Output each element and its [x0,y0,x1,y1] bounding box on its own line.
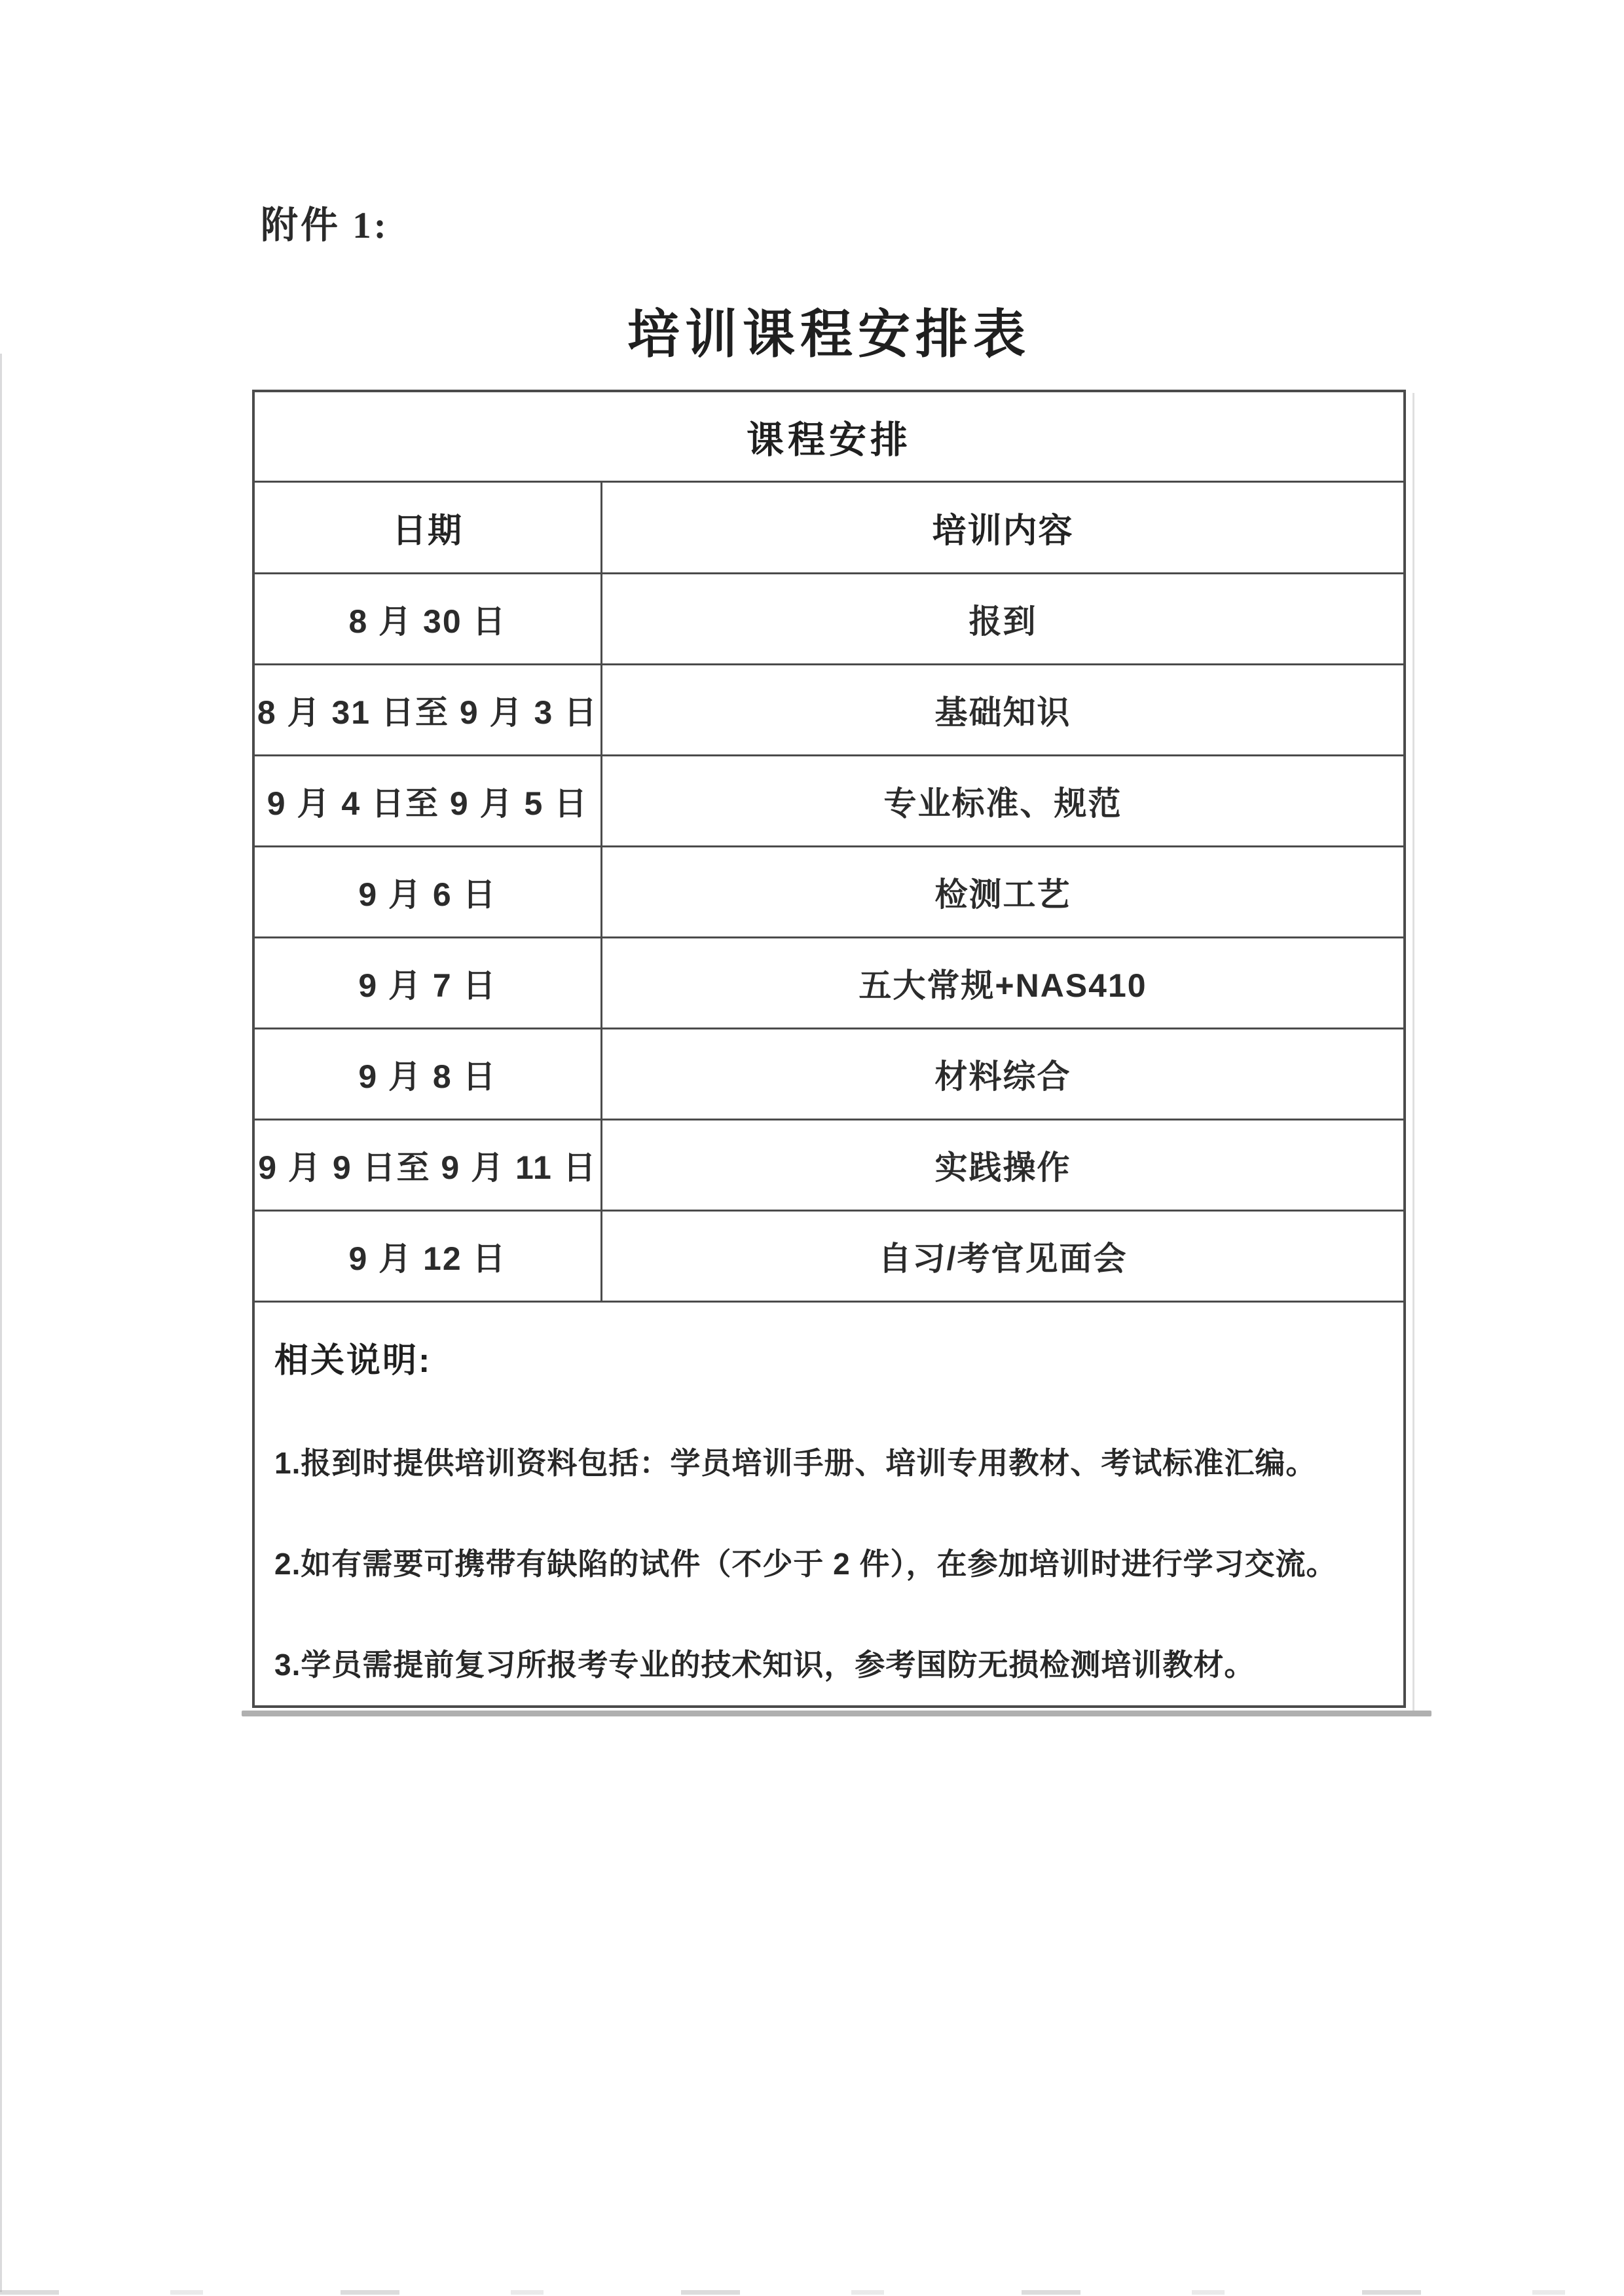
table-row: 9 月 9 日至 9 月 11 日 实践操作 [255,1120,1403,1212]
date-cell: 8 月 31 日至 9 月 3 日 [255,665,602,754]
table-row: 8 月 31 日至 9 月 3 日 基础知识 [255,665,1403,756]
table-row: 9 月 8 日 材料综合 [255,1029,1403,1120]
content-cell: 材料综合 [602,1029,1403,1119]
date-cell: 9 月 12 日 [255,1212,602,1301]
table-title: 课程安排 [255,392,1403,483]
scan-bottom-noise [0,2290,1624,2295]
table-bottom-shadow [242,1711,1431,1716]
document-page: 附件 1: 培训课程安排表 课程安排 日期 培训内容 8 月 30 日 报到 8… [0,0,1624,2296]
column-header-date: 日期 [255,483,602,572]
page-left-edge-artifact [0,354,2,2292]
content-cell: 检测工艺 [602,847,1403,936]
date-cell: 9 月 6 日 [255,847,602,936]
note-item-2: 2.如有需要可携带有缺陷的试件（不少于 2 件），在参加培训时进行学习交流。 [274,1540,1382,1583]
note-item-1: 1.报到时提供培训资料包括：学员培训手册、培训专用教材、考试标准汇编。 [274,1439,1382,1483]
date-cell: 9 月 7 日 [255,938,602,1028]
table-row: 8 月 30 日 报到 [255,574,1403,665]
table-row: 9 月 12 日 自习/考官见面会 [255,1212,1403,1303]
column-header-content: 培训内容 [602,483,1403,572]
table-right-scan-echo [1412,393,1414,1711]
schedule-table: 课程安排 日期 培训内容 8 月 30 日 报到 8 月 31 日至 9 月 3… [252,390,1406,1708]
date-cell: 9 月 9 日至 9 月 11 日 [255,1120,602,1210]
content-cell: 报到 [602,574,1403,663]
content-cell: 自习/考官见面会 [602,1212,1403,1301]
page-title: 培训课程安排表 [252,292,1406,367]
table-row: 9 月 6 日 检测工艺 [255,847,1403,938]
date-cell: 9 月 8 日 [255,1029,602,1119]
notes-section: 相关说明: 1.报到时提供培训资料包括：学员培训手册、培训专用教材、考试标准汇编… [255,1303,1403,1703]
content-cell: 专业标准、规范 [602,756,1403,845]
table-row: 9 月 4 日至 9 月 5 日 专业标准、规范 [255,756,1403,847]
content-cell: 实践操作 [602,1120,1403,1210]
date-cell: 8 月 30 日 [255,574,602,663]
date-cell: 9 月 4 日至 9 月 5 日 [255,756,602,845]
content-cell: 基础知识 [602,665,1403,754]
table-row: 9 月 7 日 五大常规+NAS410 [255,938,1403,1029]
content-cell: 五大常规+NAS410 [602,938,1403,1028]
column-header-row: 日期 培训内容 [255,483,1403,574]
note-item-3: 3.学员需提前复习所报考专业的技术知识，参考国防无损检测培训教材。 [274,1641,1382,1684]
notes-title: 相关说明: [274,1333,1382,1382]
attachment-label: 附件 1: [261,195,389,249]
